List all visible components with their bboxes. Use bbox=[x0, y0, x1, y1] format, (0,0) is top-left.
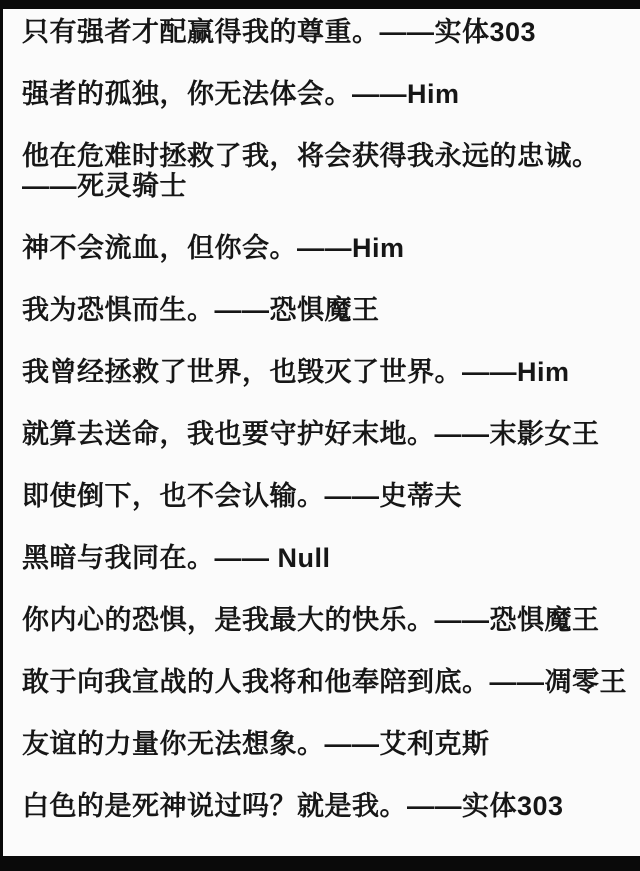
quote-line: 即使倒下，也不会认输。——史蒂夫 bbox=[22, 481, 628, 511]
quote-line: 你内心的恐惧，是我最大的快乐。——恐惧魔王 bbox=[22, 605, 628, 635]
quote-line: 我为恐惧而生。——恐惧魔王 bbox=[22, 295, 628, 325]
quote-line: 就算去送命，我也要守护好末地。——末影女王 bbox=[22, 419, 628, 449]
quote-line: 强者的孤独，你无法体会。——Him bbox=[22, 79, 628, 109]
letterbox-top-bar bbox=[0, 0, 640, 9]
quote-line: 敢于向我宣战的人我将和他奉陪到底。——凋零王 bbox=[22, 667, 628, 697]
quote-line: 白色的是死神说过吗？就是我。——实体303 bbox=[22, 791, 628, 821]
quote-line: 我曾经拯救了世界，也毁灭了世界。——Him bbox=[22, 357, 628, 387]
letterbox-bottom-bar bbox=[0, 856, 640, 871]
quote-line: 他在危难时拯救了我，将会获得我永远的忠诚。 ——死灵骑士 bbox=[22, 141, 628, 201]
quote-line: 只有强者才配赢得我的尊重。——实体303 bbox=[22, 17, 628, 47]
quote-line: 黑暗与我同在。—— Null bbox=[22, 543, 628, 573]
quote-line: 友谊的力量你无法想象。——艾利克斯 bbox=[22, 729, 628, 759]
quote-list: 只有强者才配赢得我的尊重。——实体303强者的孤独，你无法体会。——Him他在危… bbox=[3, 9, 640, 853]
quote-line: 神不会流血，但你会。——Him bbox=[22, 233, 628, 263]
